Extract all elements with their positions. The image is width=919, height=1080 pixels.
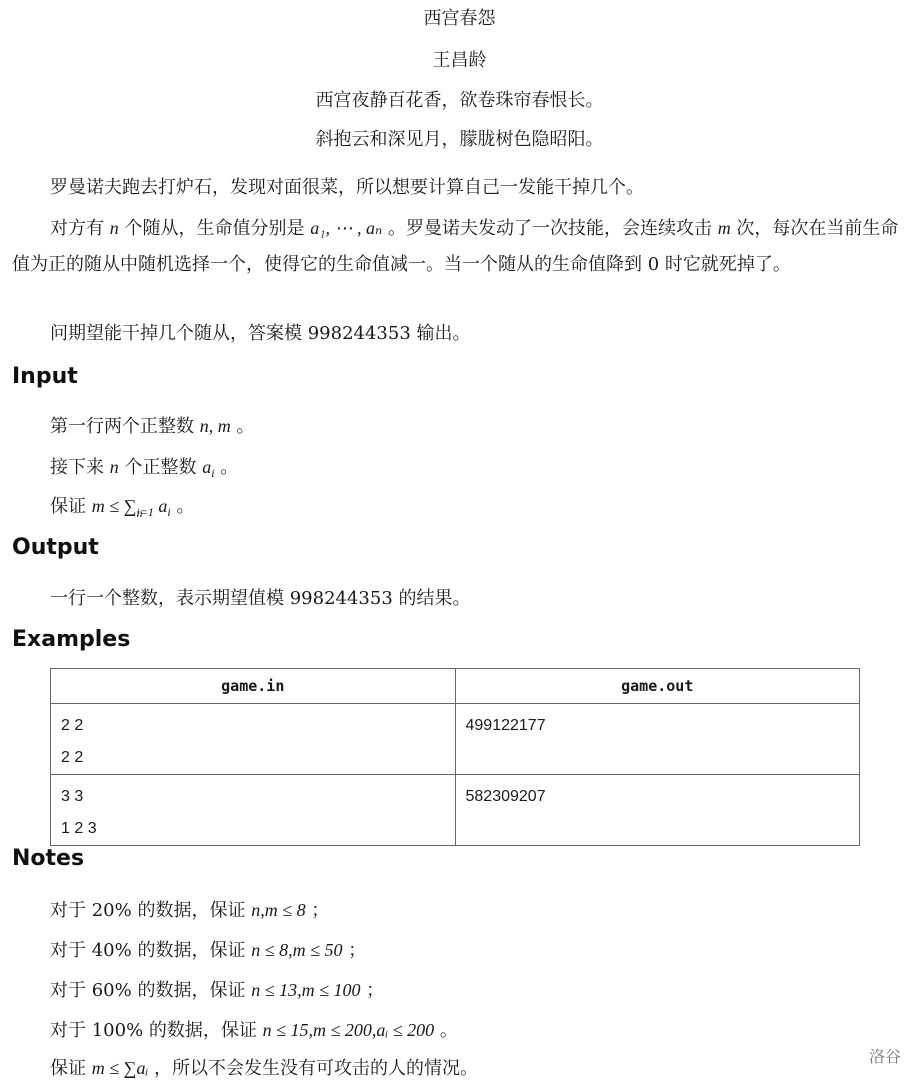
input-line: 3 3 bbox=[61, 781, 445, 813]
example-output: 582309207 bbox=[455, 775, 860, 846]
column-header-input: game.in bbox=[51, 669, 456, 704]
description-paragraph-2: 对方有 n 个随从，生命值分别是 a₁, ⋯ , aₙ 。罗曼诺夫发动了一次技能… bbox=[12, 210, 904, 283]
note-item: 对于 40% 的数据，保证 n ≤ 8,m ≤ 50 ； bbox=[50, 936, 366, 962]
text: 。罗曼诺夫发动了一次技能，会连续攻击 bbox=[382, 218, 717, 239]
text: 保证 bbox=[50, 496, 92, 517]
math: n ≤ 13,m ≤ 100 bbox=[251, 980, 360, 1000]
input-line: 2 2 bbox=[61, 710, 445, 742]
math: n,m ≤ 8 bbox=[251, 900, 305, 920]
text: 。 bbox=[434, 1020, 458, 1041]
section-heading-notes: Notes bbox=[12, 846, 84, 871]
table-row: 3 31 2 3 582309207 bbox=[51, 775, 860, 846]
math: n bbox=[110, 457, 119, 477]
examples-table: game.in game.out 2 22 2 499122177 3 31 2… bbox=[50, 668, 860, 846]
text: 第一行两个正整数 bbox=[50, 416, 200, 437]
poem-line-2: 斜抱云和深见月，朦胧树色隐昭阳。 bbox=[0, 125, 919, 151]
note-item: 对于 20% 的数据，保证 n,m ≤ 8 ； bbox=[50, 896, 329, 922]
poem-title: 西宫春怨 bbox=[0, 4, 919, 30]
text: 对于 40% 的数据，保证 bbox=[50, 940, 251, 961]
poem-author: 王昌龄 bbox=[0, 46, 919, 72]
input-line-2: 接下来 n 个正整数 ai 。 bbox=[50, 453, 238, 481]
description-paragraph-1: 罗曼诺夫跑去打炉石，发现对面很菜，所以想要计算自己一发能干掉几个。 bbox=[12, 170, 904, 206]
math-m: m bbox=[718, 218, 731, 238]
note-item: 对于 100% 的数据，保证 n ≤ 15,m ≤ 200,aᵢ ≤ 200 。 bbox=[50, 1016, 458, 1042]
text: 接下来 bbox=[50, 457, 110, 478]
description-paragraph-3: 问期望能干掉几个随从，答案模 998244353 输出。 bbox=[12, 316, 904, 352]
text: 个正整数 bbox=[119, 457, 202, 478]
table-row: 2 22 2 499122177 bbox=[51, 704, 860, 775]
math: m ≤ ∑ bbox=[92, 496, 137, 516]
input-line-1: 第一行两个正整数 n, m 。 bbox=[50, 412, 254, 438]
text: 个随从，生命值分别是 bbox=[119, 218, 310, 239]
text: 。 bbox=[231, 416, 255, 437]
math: n ≤ 8,m ≤ 50 bbox=[251, 940, 342, 960]
math: m ≤ ∑aᵢ bbox=[92, 1058, 149, 1078]
text: 对方有 bbox=[50, 218, 110, 239]
luogu-watermark: 洛谷 bbox=[869, 1044, 901, 1067]
math: n, m bbox=[200, 416, 231, 436]
section-heading-examples: Examples bbox=[12, 627, 130, 652]
example-input: 2 22 2 bbox=[51, 704, 456, 775]
math-n: n bbox=[110, 218, 119, 238]
section-heading-output: Output bbox=[12, 535, 99, 560]
text: 保证 bbox=[50, 1058, 92, 1079]
text: 。 bbox=[215, 457, 239, 478]
column-header-output: game.out bbox=[455, 669, 860, 704]
math: a bbox=[202, 457, 211, 477]
section-heading-input: Input bbox=[12, 364, 78, 389]
input-line-3: 保证 m ≤ ∑ni=1 ai 。 bbox=[50, 492, 194, 520]
input-line: 1 2 3 bbox=[61, 813, 445, 845]
text: ，所以不会发生没有可攻击的人的情况。 bbox=[148, 1058, 478, 1079]
text: 对于 20% 的数据，保证 bbox=[50, 900, 251, 921]
output-description: 一行一个整数，表示期望值模 998244353 的结果。 bbox=[50, 584, 471, 610]
text: 对于 60% 的数据，保证 bbox=[50, 980, 251, 1001]
text: ； bbox=[306, 900, 330, 921]
text: 对于 100% 的数据，保证 bbox=[50, 1020, 263, 1041]
note-item: 保证 m ≤ ∑aᵢ ，所以不会发生没有可攻击的人的情况。 bbox=[50, 1054, 478, 1080]
text: 。 bbox=[171, 496, 195, 517]
math-sequence: a₁, ⋯ , aₙ bbox=[310, 218, 382, 238]
note-item: 对于 60% 的数据，保证 n ≤ 13,m ≤ 100 ； bbox=[50, 976, 384, 1002]
poem-line-1: 西宫夜静百花香，欲卷珠帘春恨长。 bbox=[0, 86, 919, 112]
math-superscript: n bbox=[136, 506, 142, 521]
text: ； bbox=[360, 980, 384, 1001]
example-input: 3 31 2 3 bbox=[51, 775, 456, 846]
text: ； bbox=[342, 940, 366, 961]
input-line: 2 2 bbox=[61, 742, 445, 774]
table-header-row: game.in game.out bbox=[51, 669, 860, 704]
example-output: 499122177 bbox=[455, 704, 860, 775]
math: a bbox=[154, 496, 168, 516]
math: n ≤ 15,m ≤ 200,aᵢ ≤ 200 bbox=[263, 1020, 434, 1040]
